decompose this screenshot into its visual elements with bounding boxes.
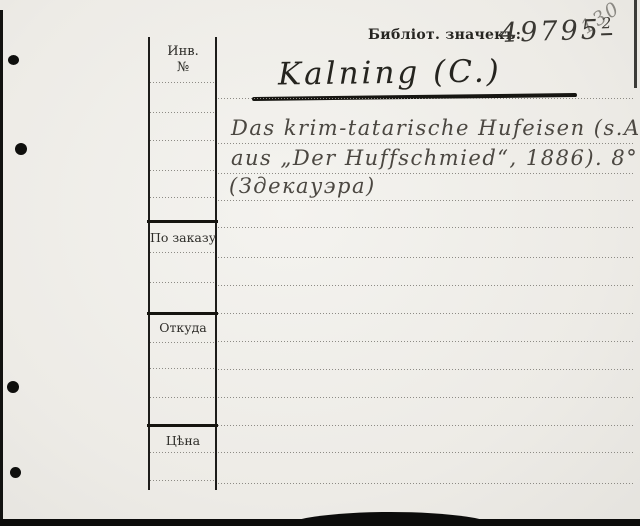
dotted-rule: [218, 425, 635, 426]
form-section-divider: [147, 424, 218, 427]
dotted-rule: [218, 143, 635, 144]
dotted-rule: [218, 98, 635, 99]
form-label-origin: Откуда: [148, 320, 218, 335]
dotted-rule: [218, 285, 635, 286]
author-heading: Kalning (C.): [278, 53, 502, 92]
scan-edge-right: [634, 0, 637, 88]
dotted-rule: [218, 313, 635, 314]
scanned-catalog-card: 130 Библіот. значекъ: 497952 Kalning (C.…: [0, 0, 640, 526]
library-mark-number: 497952: [499, 14, 612, 49]
entry-body-line: aus „Der Huffschmied“, 1886). 8°: [231, 146, 638, 170]
dotted-rule: [218, 397, 635, 398]
library-mark-number-value: 49795: [499, 14, 601, 49]
form-section-divider: [147, 312, 218, 315]
dotted-rule: [150, 282, 214, 283]
dotted-rule: [218, 173, 635, 174]
dotted-rule: [150, 397, 214, 398]
library-mark-number-superscript: 2: [600, 14, 612, 35]
dotted-rule: [218, 452, 635, 453]
punch-hole-dot: [10, 467, 21, 478]
punch-hole-dot: [8, 55, 19, 65]
dotted-rule: [218, 483, 635, 484]
dotted-rule: [150, 197, 214, 198]
form-label-by-order: По заказу: [148, 230, 218, 245]
dotted-rule: [150, 480, 214, 481]
dotted-rule: [218, 227, 635, 228]
form-column-right-border: [215, 37, 217, 490]
dotted-rule: [218, 369, 635, 370]
dotted-rule: [150, 252, 214, 253]
dotted-rule: [218, 257, 635, 258]
scan-edge-left: [0, 10, 3, 526]
form-column-left-border: [148, 37, 150, 490]
dotted-rule: [150, 140, 214, 141]
punch-hole-dot: [15, 143, 27, 155]
dotted-rule: [150, 368, 214, 369]
entry-body-line: Das krim-tatarische Hufeisen (s.A.: [231, 116, 640, 140]
form-label-inventory: Инв.: [148, 44, 218, 59]
scan-edge-bottom-bump: [283, 512, 498, 526]
library-mark-label: Библіот. значекъ:: [368, 27, 521, 43]
dotted-rule: [150, 112, 214, 113]
dotted-rule: [218, 341, 635, 342]
dotted-rule: [218, 200, 635, 201]
form-section-divider: [147, 220, 218, 223]
form-label-inventory-no: №: [148, 60, 218, 75]
dotted-rule: [150, 452, 214, 453]
dotted-rule: [150, 342, 214, 343]
punch-hole-dot: [7, 381, 19, 393]
form-label-price: Цѣна: [148, 433, 218, 448]
dotted-rule: [150, 170, 214, 171]
entry-body-line: (Здекауэра): [229, 174, 376, 198]
author-heading-underline: [252, 93, 577, 101]
dotted-rule: [150, 82, 214, 83]
